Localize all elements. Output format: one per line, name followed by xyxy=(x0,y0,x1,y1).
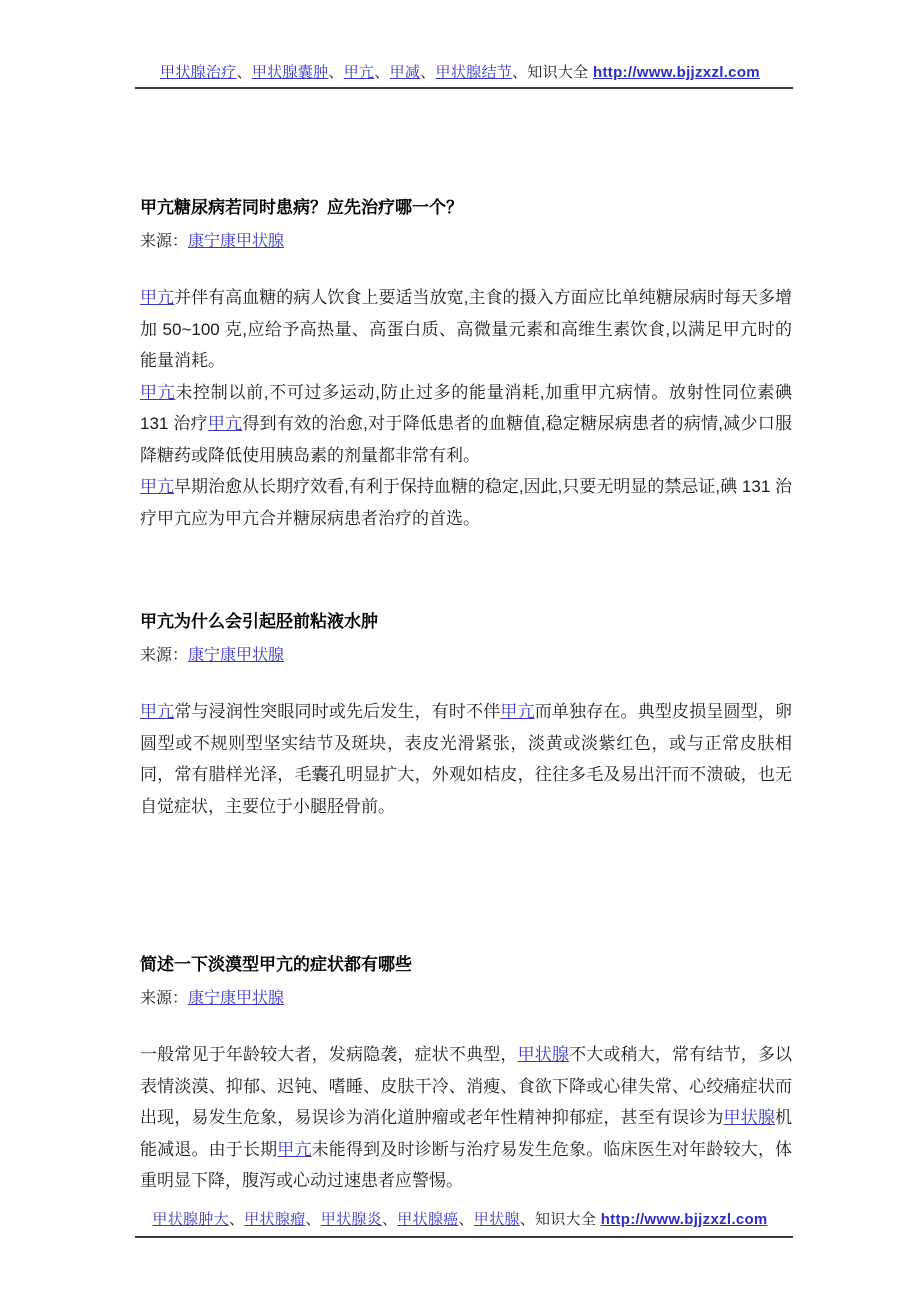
paragraph-text: 早期治愈从长期疗效看,有利于保持血糖的稳定,因此,只要无明显的禁忌证,碘 131… xyxy=(140,477,792,528)
inline-keyword-link[interactable]: 甲状腺 xyxy=(724,1108,776,1127)
nav-separator: 、 xyxy=(520,1211,535,1228)
header-divider xyxy=(135,87,793,89)
header-site-url-link[interactable]: http://www.bjjzxzl.com xyxy=(593,64,760,81)
source-link[interactable]: 康宁康甲状腺 xyxy=(188,647,284,664)
source-label: 来源： xyxy=(140,647,188,664)
source-label: 来源： xyxy=(140,990,188,1007)
footer-nav-link-0[interactable]: 甲状腺肿大 xyxy=(152,1211,229,1228)
footer-nav-link-1[interactable]: 甲状腺瘤 xyxy=(244,1211,305,1228)
header-nav-link-2[interactable]: 甲亢 xyxy=(344,64,375,81)
nav-separator: 、 xyxy=(420,64,435,81)
source-link[interactable]: 康宁康甲状腺 xyxy=(188,233,284,250)
article-title: 甲亢为什么会引起胫前粘液水肿 xyxy=(140,610,792,634)
footer-nav-link-3[interactable]: 甲状腺癌 xyxy=(397,1211,458,1228)
article-body: 甲亢常与浸润性突眼同时或先后发生，有时不伴甲亢而单独存在。典型皮损呈圆型，卵圆型… xyxy=(140,696,792,822)
footer-site-url-link[interactable]: http://www.bjjzxzl.com xyxy=(601,1211,768,1228)
inline-keyword-link[interactable]: 甲亢 xyxy=(140,702,174,721)
article-body: 一般常见于年龄较大者，发病隐袭，症状不典型，甲状腺不大或稍大，常有结节，多以表情… xyxy=(140,1039,792,1197)
inline-keyword-link[interactable]: 甲亢 xyxy=(208,414,243,433)
article-source-line: 来源：康宁康甲状腺 xyxy=(140,230,792,254)
article-paragraph: 甲亢并伴有高血糖的病人饮食上要适当放宽,主食的摄入方面应比单纯糖尿病时每天多增加… xyxy=(140,282,792,377)
paragraph-text: 常与浸润性突眼同时或先后发生，有时不伴 xyxy=(174,702,500,721)
paragraph-text: 一般常见于年龄较大者，发病隐袭，症状不典型， xyxy=(140,1045,518,1064)
nav-separator: 、 xyxy=(458,1211,473,1228)
nav-separator: 、 xyxy=(237,64,252,81)
inline-keyword-link[interactable]: 甲亢 xyxy=(500,702,534,721)
nav-separator: 、 xyxy=(229,1211,244,1228)
footer-nav-plain-text: 知识大全 xyxy=(535,1211,601,1228)
header-nav-link-4[interactable]: 甲状腺结节 xyxy=(436,64,513,81)
paragraph-text: 并伴有高血糖的病人饮食上要适当放宽,主食的摄入方面应比单纯糖尿病时每天多增加 5… xyxy=(140,288,792,370)
header-nav-plain-text: 知识大全 xyxy=(527,64,593,81)
article-paragraph: 甲亢未控制以前,不可过多运动,防止过多的能量消耗,加重甲亢病情。放射性同位素碘 … xyxy=(140,377,792,472)
article-title: 甲亢糖尿病若同时患病？应先治疗哪一个？ xyxy=(140,196,792,220)
header-nav-link-3[interactable]: 甲减 xyxy=(390,64,421,81)
article-paragraph: 一般常见于年龄较大者，发病隐袭，症状不典型，甲状腺不大或稍大，常有结节，多以表情… xyxy=(140,1039,792,1197)
article-section: 甲亢糖尿病若同时患病？应先治疗哪一个？来源：康宁康甲状腺甲亢并伴有高血糖的病人饮… xyxy=(140,196,792,534)
nav-separator: 、 xyxy=(374,64,389,81)
article-paragraph: 甲亢常与浸润性突眼同时或先后发生，有时不伴甲亢而单独存在。典型皮损呈圆型，卵圆型… xyxy=(140,696,792,822)
footer-nav: 甲状腺肿大、甲状腺瘤、甲状腺炎、甲状腺癌、甲状腺、知识大全 http://www… xyxy=(0,1209,920,1231)
header-nav: 甲状腺治疗、甲状腺囊肿、甲亢、甲减、甲状腺结节、知识大全 http://www.… xyxy=(0,62,920,84)
article-paragraph: 甲亢早期治愈从长期疗效看,有利于保持血糖的稳定,因此,只要无明显的禁忌证,碘 1… xyxy=(140,471,792,534)
inline-keyword-link[interactable]: 甲状腺 xyxy=(518,1045,570,1064)
inline-keyword-link[interactable]: 甲亢 xyxy=(277,1140,311,1159)
inline-keyword-link[interactable]: 甲亢 xyxy=(140,477,174,496)
inline-keyword-link[interactable]: 甲亢 xyxy=(140,288,174,307)
article-title: 简述一下淡漠型甲亢的症状都有哪些 xyxy=(140,953,792,977)
article-section: 甲亢为什么会引起胫前粘液水肿来源：康宁康甲状腺甲亢常与浸润性突眼同时或先后发生，… xyxy=(140,610,792,822)
inline-keyword-link[interactable]: 甲亢 xyxy=(140,383,175,402)
nav-separator: 、 xyxy=(512,64,527,81)
article-source-line: 来源：康宁康甲状腺 xyxy=(140,644,792,668)
source-label: 来源： xyxy=(140,233,188,250)
header-nav-link-1[interactable]: 甲状腺囊肿 xyxy=(252,64,329,81)
footer-divider xyxy=(135,1236,793,1238)
document-page: 甲状腺治疗、甲状腺囊肿、甲亢、甲减、甲状腺结节、知识大全 http://www.… xyxy=(0,0,920,1302)
nav-separator: 、 xyxy=(305,1211,320,1228)
header-nav-link-0[interactable]: 甲状腺治疗 xyxy=(160,64,237,81)
nav-separator: 、 xyxy=(328,64,343,81)
source-link[interactable]: 康宁康甲状腺 xyxy=(188,990,284,1007)
article-section: 简述一下淡漠型甲亢的症状都有哪些来源：康宁康甲状腺一般常见于年龄较大者，发病隐袭… xyxy=(140,953,792,1197)
article-source-line: 来源：康宁康甲状腺 xyxy=(140,987,792,1011)
article-body: 甲亢并伴有高血糖的病人饮食上要适当放宽,主食的摄入方面应比单纯糖尿病时每天多增加… xyxy=(140,282,792,534)
nav-separator: 、 xyxy=(382,1211,397,1228)
footer-nav-link-4[interactable]: 甲状腺 xyxy=(474,1211,520,1228)
footer-nav-link-2[interactable]: 甲状腺炎 xyxy=(321,1211,382,1228)
